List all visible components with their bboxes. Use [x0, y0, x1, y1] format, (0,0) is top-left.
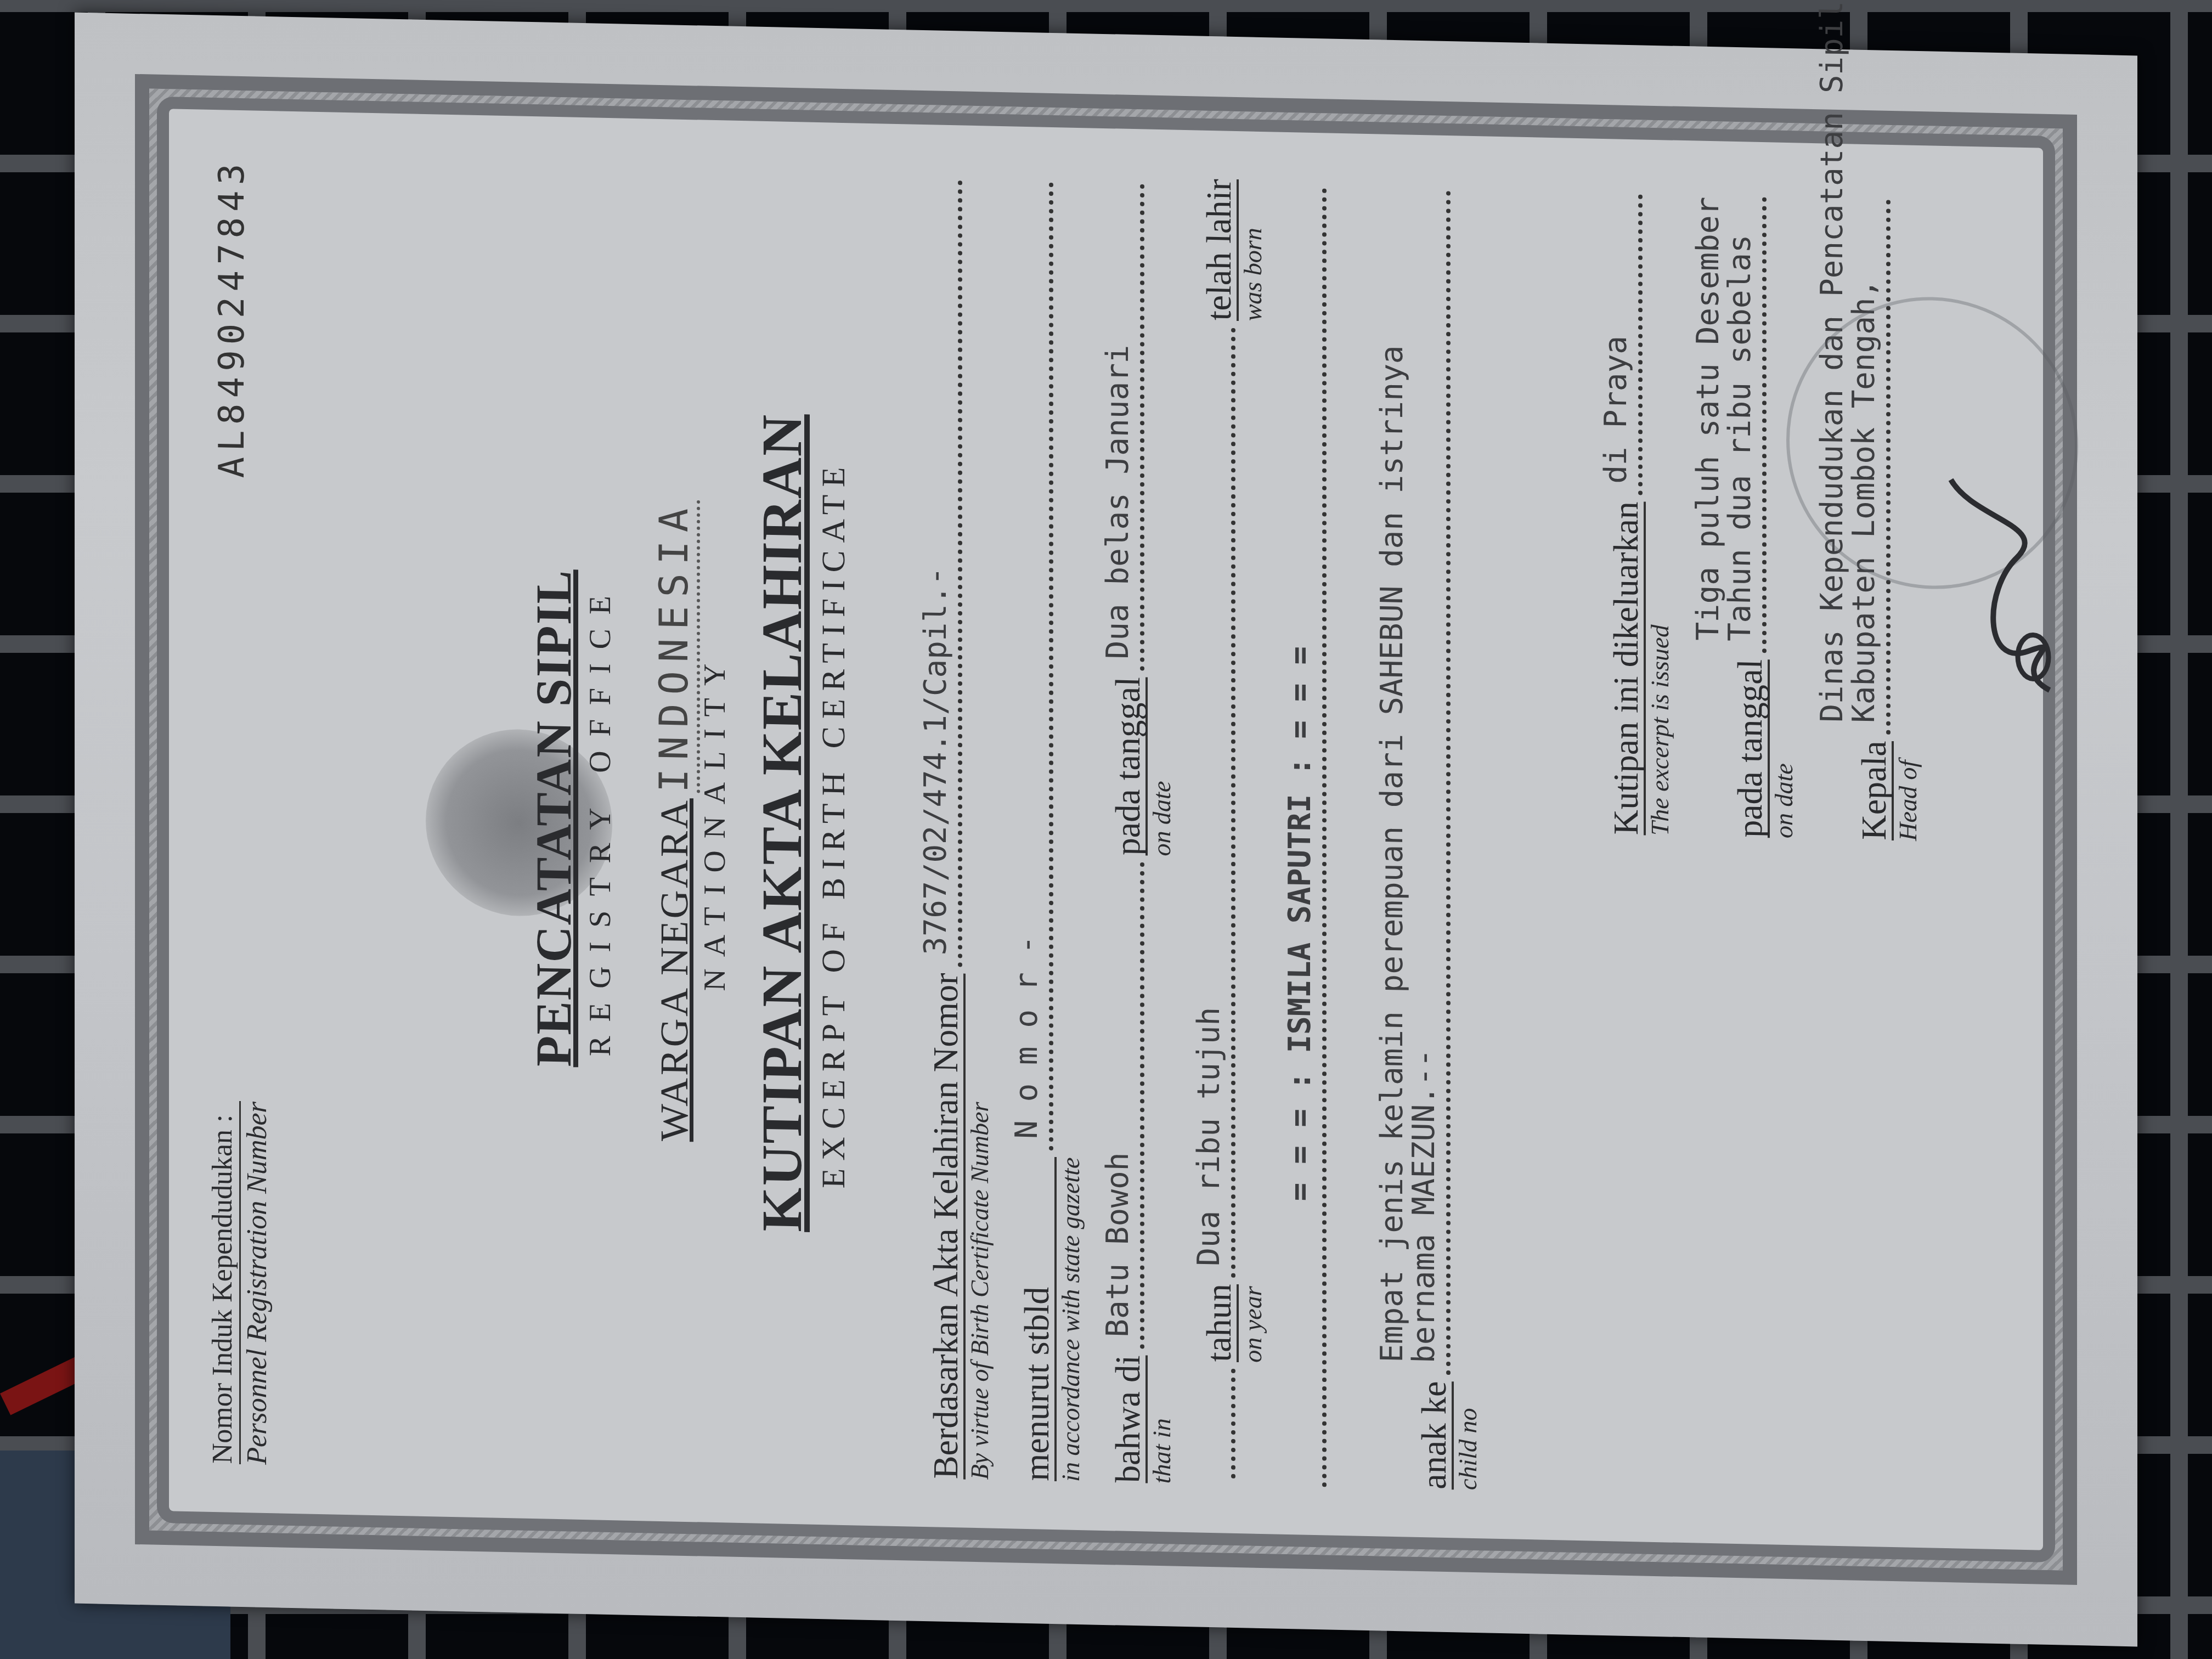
field-child-no: anak kechild no Empat jenis kelamin pere… — [1380, 182, 1482, 1490]
issue-date: Tiga puluh satu Desember — [1690, 196, 1726, 641]
field-year-born: tahunon year Dua ribu tujuh telah lahirw… — [1198, 179, 1267, 1486]
field-value: 3767/02/474.1/Capil.- — [918, 566, 953, 955]
field-label: menurut stbld — [1019, 1156, 1057, 1481]
certificate-content: Nomor Induk Kependudukan : Personnel Reg… — [195, 136, 2017, 1523]
office-id: PENCATATAN SIPIL — [524, 143, 583, 1493]
field-label: tahun — [1201, 1283, 1239, 1362]
nik-label: Nomor Induk Kependudukan : Personnel Reg… — [206, 1101, 274, 1465]
head-label: Kepala — [1857, 740, 1894, 840]
birth-certificate: Nomor Induk Kependudukan : Personnel Reg… — [75, 13, 2137, 1647]
field-label-en: in accordance with state gazette — [1057, 1157, 1085, 1482]
field-label: pada tanggal — [1110, 676, 1148, 856]
field-place-date: bahwa dithat in Batu Bowoh pada tanggalo… — [1107, 177, 1176, 1484]
field-label-en: on year — [1239, 1284, 1267, 1363]
issued-label: Kutipan ini dikeluarkan — [1609, 501, 1646, 835]
field-value: Dua ribu tujuh — [1191, 1007, 1227, 1266]
field-label: bahwa di — [1110, 1355, 1148, 1483]
field-label-en: was born — [1239, 179, 1267, 321]
certificate-fields: Berdasarkan Akta Kelahiran NomorBy virtu… — [925, 173, 1504, 1491]
field-value: Empat jenis kelamin perempuan dari SAHEB… — [1374, 345, 1410, 1363]
field-label: telah lahir — [1201, 179, 1239, 321]
nationality-id: WARGA NEGARA — [652, 798, 696, 1142]
issued-place: di Praya — [1598, 335, 1634, 484]
field-label: anak ke — [1417, 1381, 1454, 1490]
field-value-2: bernama MAEZUN.-- — [1406, 1048, 1442, 1364]
field-label-en: By virtue of Birth Certificate Number — [966, 973, 994, 1480]
title-id: KUTIPAN AKTA KELAHIRAN — [749, 147, 815, 1498]
field-label-en: child no — [1454, 1381, 1482, 1490]
serial-number: AL8490247843 — [212, 158, 252, 478]
nationality-heading: WARGA NEGARAINDONESIA NATIONALITY — [651, 145, 732, 1497]
signature-icon — [1940, 469, 2083, 702]
field-label-en: on date — [1148, 678, 1176, 856]
title-en: EXCERPT OF BIRTH CERTIFICATE — [815, 149, 853, 1499]
head-label-en: Head of — [1894, 741, 1922, 841]
field-value: N o m o r - — [1009, 935, 1045, 1139]
nationality-en: NATIONALITY — [697, 146, 732, 1496]
issued-label-en: The excerpt is issued — [1646, 502, 1674, 836]
field-child-name: = = = : ISMILA SAPUTRI : = = = — [1289, 180, 1358, 1488]
field-value: Batu Bowoh — [1100, 1152, 1136, 1338]
document-title: KUTIPAN AKTA KELAHIRAN EXCERPT OF BIRTH … — [749, 147, 853, 1499]
nik-label-en: Personnel Registration Number — [239, 1101, 274, 1465]
nationality-value: INDONESIA — [651, 499, 700, 793]
field-label: Berdasarkan Akta Kelahiran Nomor — [928, 973, 966, 1480]
office-heading: PENCATATAN SIPIL REGISTRY OFFICE — [524, 143, 618, 1494]
field-stbld: menurut stbldin accordance with state ga… — [1016, 175, 1085, 1482]
child-name: = = = : ISMILA SAPUTRI : = = = — [1282, 646, 1318, 1201]
issue-date-label: pada tanggal — [1733, 659, 1770, 838]
field-label-en: that in — [1148, 1356, 1176, 1484]
field-value: Dua belas Januari — [1100, 345, 1136, 660]
field-certificate-number: Berdasarkan Akta Kelahiran NomorBy virtu… — [925, 173, 994, 1480]
nik-label-id: Nomor Induk Kependudukan — [207, 1129, 238, 1464]
office-en: REGISTRY OFFICE — [583, 144, 618, 1494]
issue-date-label-en: on date — [1770, 659, 1798, 838]
issue-year: Tahun dua ribu sebelas — [1722, 234, 1758, 642]
